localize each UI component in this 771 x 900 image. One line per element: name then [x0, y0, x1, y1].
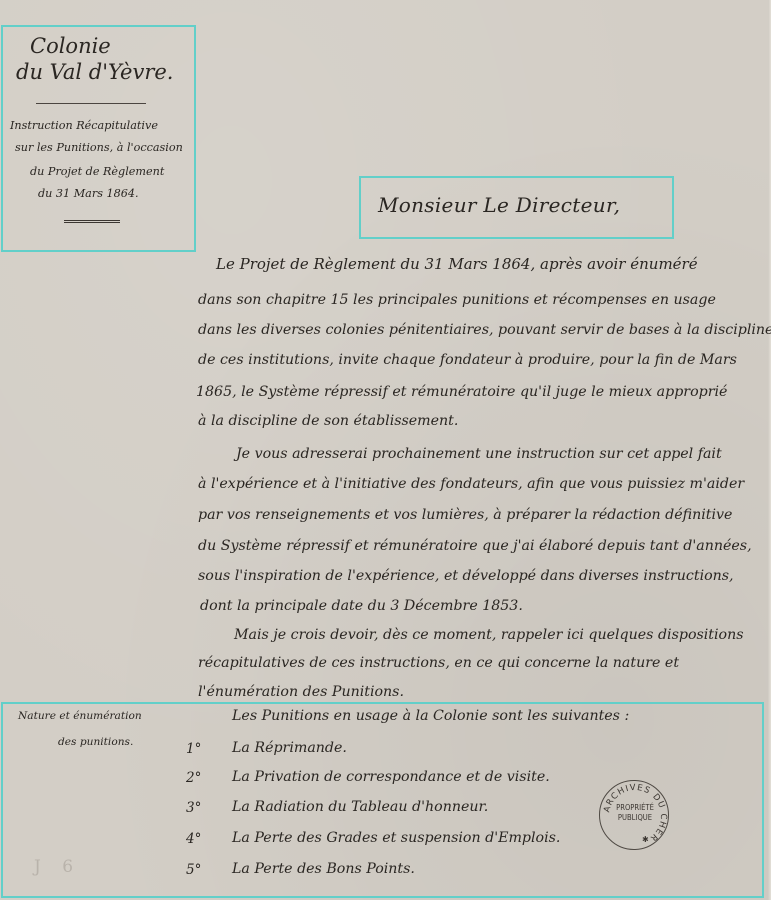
- manuscript-page: Colonie du Val d'Yèvre. Instruction Réca…: [0, 0, 771, 900]
- margin-note: Nature et énumération: [18, 710, 142, 722]
- punition-number: 1°: [186, 741, 201, 757]
- body-line: dans les diverses colonies pénitentiaire…: [198, 322, 771, 338]
- stamp-line: PROPRIÉTÉ: [605, 803, 665, 813]
- body-line: Mais je crois devoir, dès ce moment, rap…: [234, 627, 744, 643]
- body-line: du Système répressif et rémunératoire qu…: [198, 538, 752, 554]
- punition-number: 3°: [186, 800, 201, 816]
- body-line: 1865, le Système répressif et rémunérato…: [196, 384, 727, 400]
- punition-item: La Réprimande.: [232, 740, 347, 756]
- subtitle-line: du 31 Mars 1864.: [38, 187, 139, 200]
- salutation: Monsieur Le Directeur,: [378, 193, 620, 217]
- punition-item: La Radiation du Tableau d'honneur.: [232, 799, 488, 815]
- body-line: à l'expérience et à l'initiative des fon…: [198, 476, 744, 492]
- body-line: récapitulatives de ces instructions, en …: [198, 655, 679, 671]
- body-line: Je vous adresserai prochainement une ins…: [236, 446, 722, 462]
- subtitle-line: du Projet de Règlement: [30, 165, 164, 178]
- stamp-center-text: PROPRIÉTÉ PUBLIQUE: [605, 803, 665, 823]
- archives-stamp: ARCHIVES DU CHER ✱ PROPRIÉTÉ PUBLIQUE: [599, 780, 669, 850]
- body-line: dans son chapitre 15 les principales pun…: [198, 292, 716, 308]
- punition-item: La Perte des Bons Points.: [232, 861, 415, 877]
- title-val-d-yevre: du Val d'Yèvre.: [16, 60, 173, 84]
- title-colonie: Colonie: [30, 34, 111, 58]
- title-end-divider: [64, 220, 120, 223]
- body-line: l'énumération des Punitions.: [198, 684, 404, 700]
- title-divider: [36, 103, 146, 104]
- margin-note: des punitions.: [58, 736, 133, 748]
- stamp-line: PUBLIQUE: [605, 813, 665, 823]
- punition-item: La Privation de correspondance et de vis…: [232, 769, 550, 785]
- punition-number: 4°: [186, 831, 201, 847]
- svg-text:✱: ✱: [642, 835, 649, 844]
- body-line: dont la principale date du 3 Décembre 18…: [200, 598, 523, 614]
- subtitle-line: sur les Punitions, à l'occasion: [15, 141, 183, 154]
- punition-item: La Perte des Grades et suspension d'Empl…: [232, 830, 560, 846]
- body-line: Le Projet de Règlement du 31 Mars 1864, …: [216, 255, 698, 273]
- punition-number: 5°: [186, 862, 201, 878]
- subtitle-line: Instruction Récapitulative: [10, 119, 158, 132]
- body-line: à la discipline de son établissement.: [198, 413, 458, 429]
- body-line: par vos renseignements et vos lumières, …: [198, 507, 732, 523]
- punitions-intro: Les Punitions en usage à la Colonie sont…: [232, 708, 629, 724]
- punition-number: 2°: [186, 770, 201, 786]
- body-line: sous l'inspiration de l'expérience, et d…: [198, 568, 734, 584]
- archive-pencil-mark: J 6: [34, 857, 81, 877]
- body-line: de ces institutions, invite chaque fonda…: [198, 352, 737, 368]
